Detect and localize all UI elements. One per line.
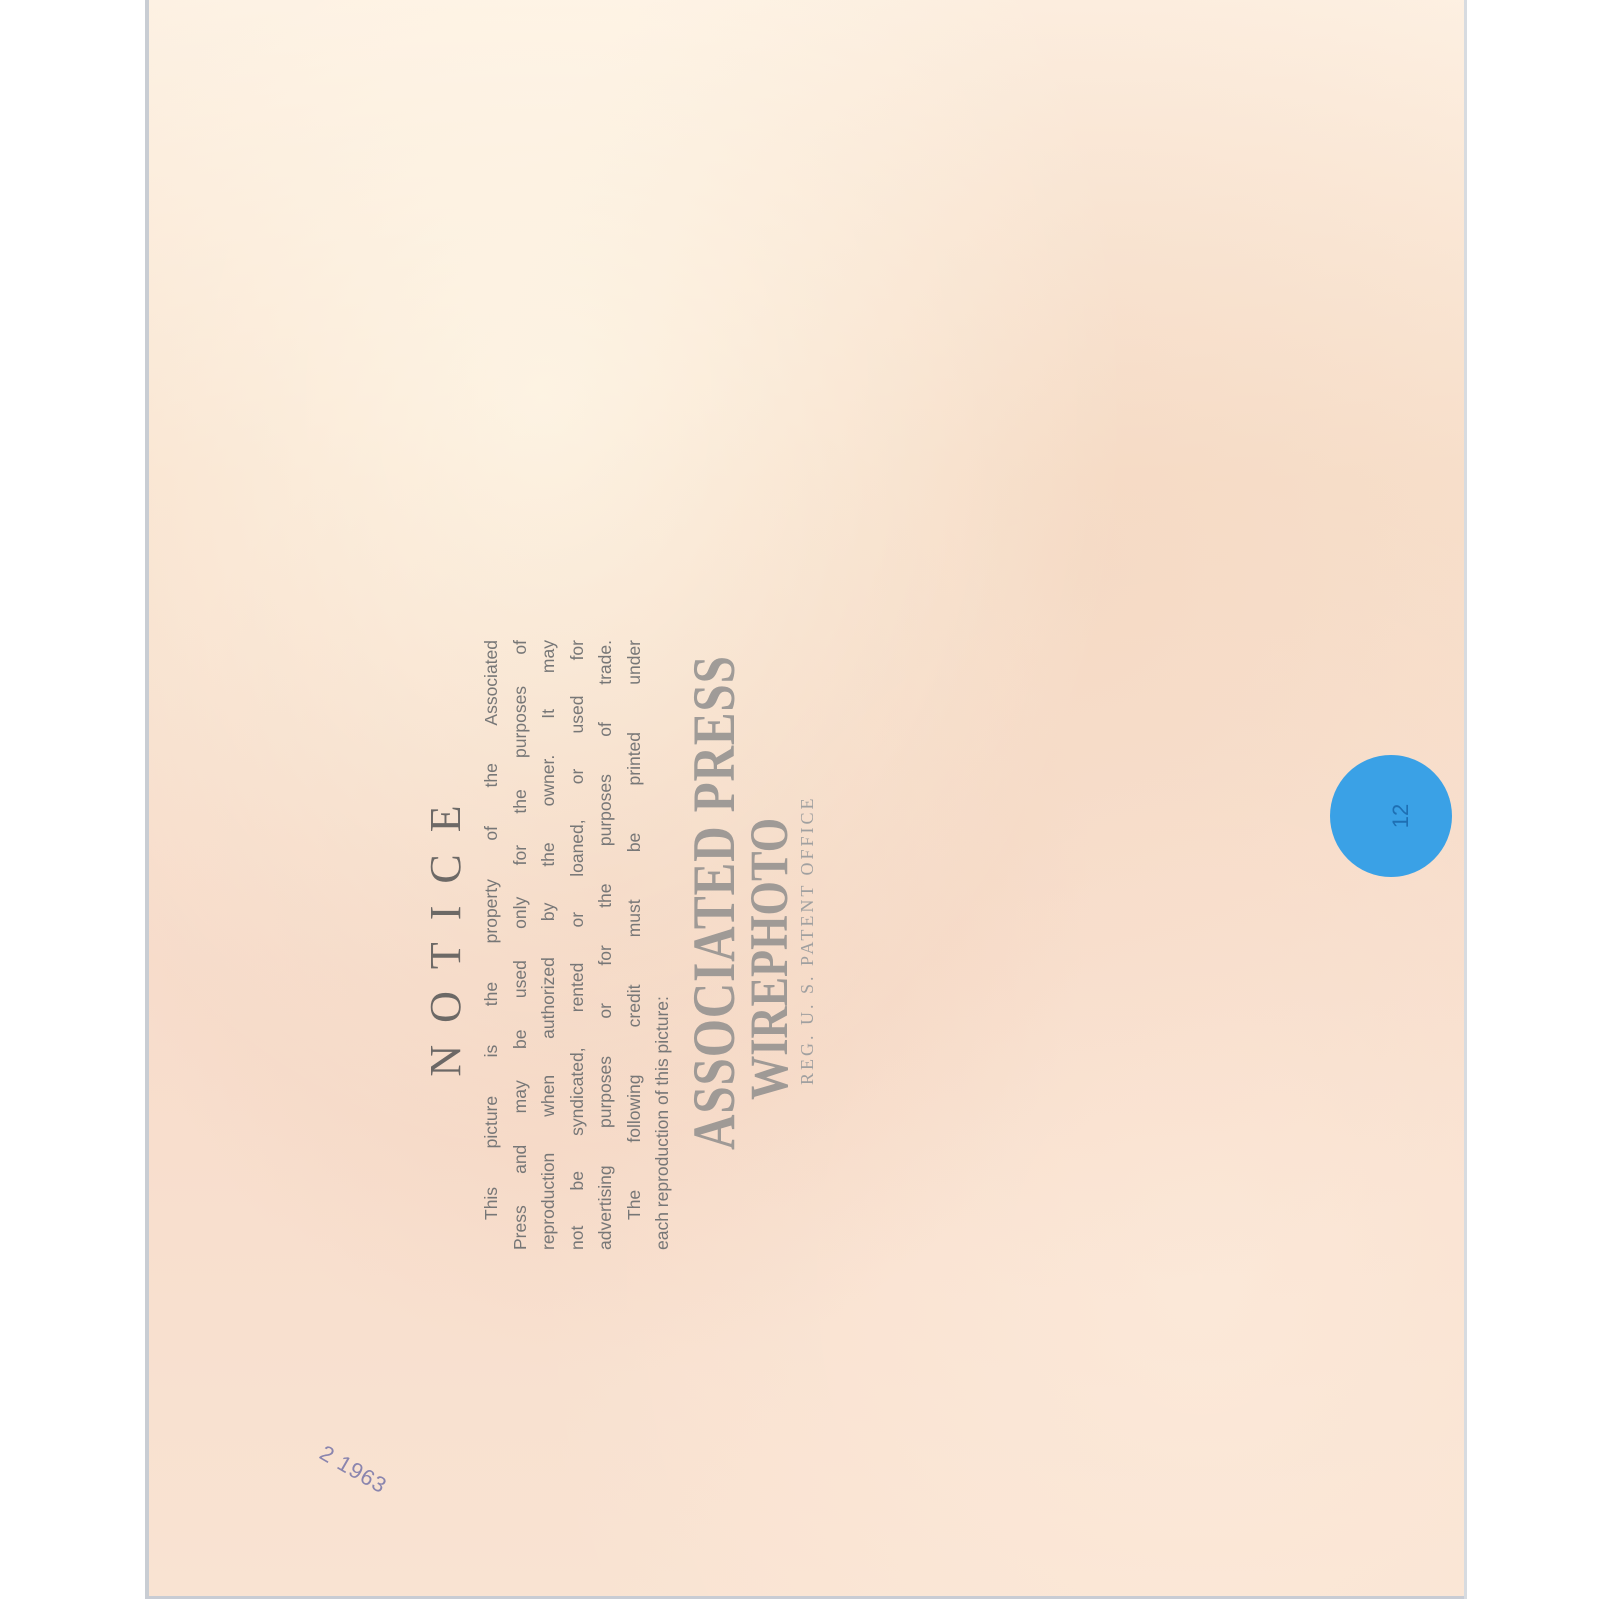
- number-sticker: 12: [1330, 755, 1452, 877]
- notice-line: not be syndicated, rented or loaned, or …: [563, 640, 592, 1250]
- notice-title: NOTICE: [420, 610, 471, 1250]
- notice-line: advertising purposes or for the purposes…: [591, 640, 620, 1250]
- sticker-number: 12: [1388, 804, 1414, 828]
- notice-line: The following credit must be printed und…: [620, 640, 649, 1250]
- notice-line: Press and may be used only for the purpo…: [506, 640, 535, 1250]
- credit-associated-press: ASSOCIATED PRESS: [685, 707, 743, 1150]
- credit-patent-office: REG. U. S. PATENT OFFICE: [797, 610, 818, 1085]
- credit-wirephoto: WIREPHOTO: [743, 698, 795, 1100]
- notice-body: This picture is the property of the Asso…: [477, 640, 677, 1250]
- notice-line: each reproduction of this picture:: [648, 640, 677, 1250]
- notice-line: This picture is the property of the Asso…: [477, 640, 506, 1250]
- notice-line: reproduction when authorized by the owne…: [534, 640, 563, 1250]
- notice-stamp: NOTICE This picture is the property of t…: [420, 610, 818, 1250]
